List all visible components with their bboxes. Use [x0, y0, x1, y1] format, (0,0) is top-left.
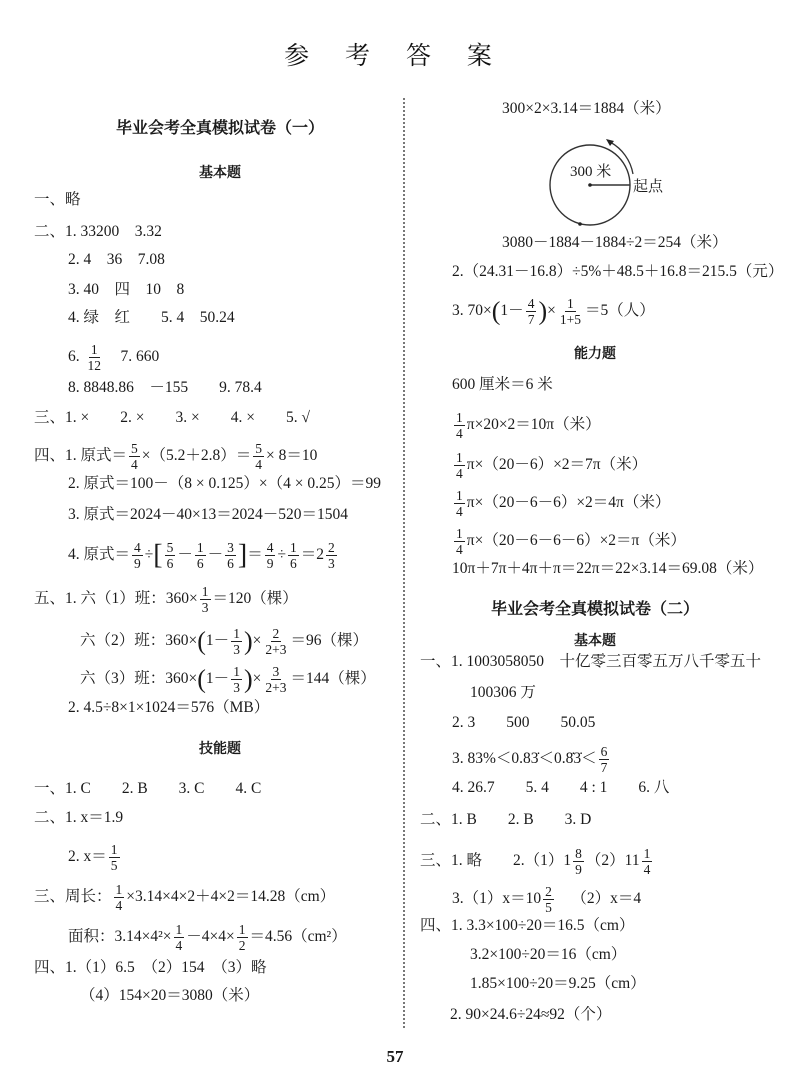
answer-line: 三、1. 略 2.（1）189（2）1114 — [420, 846, 654, 877]
answer-line: 2. 90×24.6÷24≈92（个） — [450, 1005, 611, 1025]
answer-line: 3. 83%＜0.83̇＜0.8̇3̇＜67 — [452, 744, 611, 775]
answer-line: 2. 3 500 50.05 — [452, 713, 595, 733]
answer-line: 三、周长：14×3.14×4×2＋4×2＝14.28（cm） — [34, 882, 335, 913]
answer-line: 3080－1884－1884÷2＝254（米） — [502, 233, 728, 253]
answer-line: 一、略 — [34, 190, 81, 210]
page-number: 57 — [0, 1047, 790, 1067]
answer-line: 14π×（20－6）×2＝7π（米） — [452, 450, 647, 481]
answer-line: 4. 原式＝49÷[56－16－36]＝49÷16＝223 — [68, 540, 339, 571]
radius-label: 300 米 — [570, 160, 611, 181]
answer-line: 六（2）班：360×(1－13)×22+3＝96（棵） — [80, 626, 368, 657]
answer-line: 2. 原式＝100－（8 × 0.125）×（4 × 0.25）＝99 — [68, 474, 381, 494]
answer-line: 二、1. B 2. B 3. D — [420, 810, 591, 830]
exam2-basic-title: 基本题 — [535, 630, 655, 650]
answer-line: 600 厘米＝6 米 — [452, 375, 553, 395]
column-divider — [403, 98, 405, 1028]
circle-track-diagram: 300 米 起点 — [540, 130, 680, 230]
answer-line: （4）154×20＝3080（米） — [80, 986, 259, 1006]
fraction: 54 — [129, 441, 140, 472]
answer-line: 二、1. 33200 3.32 — [34, 222, 162, 242]
fraction: 54 — [253, 441, 264, 472]
answer-line: 一、1. 1003058050 十亿零三百零五万八千零五十 — [420, 652, 761, 672]
skill-section-title: 技能题 — [160, 738, 280, 758]
answer-line: 2. 4.5÷8×1×1024＝576（MB） — [68, 698, 269, 718]
answer-line: 10π＋7π＋4π＋π＝22π＝22×3.14＝69.08（米） — [452, 559, 763, 579]
answer-line: 四、1. 3.3×100÷20＝16.5（cm） — [420, 916, 634, 936]
answer-line: 8. 8848.86 －155 9. 78.4 — [68, 378, 262, 398]
answer-line: 3. 40 四 10 8 — [68, 280, 184, 300]
ability-section-title: 能力题 — [535, 343, 655, 363]
answer-line: 面积：3.14×4²×14－4×4×12＝4.56（cm²） — [68, 922, 347, 953]
answer-line: 五、1. 六（1）班：360×13＝120（棵） — [34, 584, 298, 615]
answer-line: 14π×20×2＝10π（米） — [452, 410, 601, 441]
answer-line: 3.（1）x＝1025 （2）x＝4 — [452, 884, 641, 915]
answer-line: 四、1. 原式＝54×（5.2＋2.8）＝54× 8＝10 — [34, 441, 317, 472]
answer-line: 4. 26.7 5. 4 4 : 1 6. 八 — [452, 778, 669, 798]
page-title: 参 考 答 案 — [0, 36, 790, 72]
basic-section-title: 基本题 — [160, 162, 280, 182]
answer-line: 100306 万 — [470, 683, 536, 703]
answer-line: 六（3）班：360×(1－13)×32+3＝144（棵） — [80, 664, 376, 695]
answer-line: 二、1. x＝1.9 — [34, 808, 123, 828]
answer-line: 14π×（20－6－6－6）×2＝π（米） — [452, 526, 686, 557]
fraction: 112 — [86, 342, 104, 373]
answer-line: 四、1.（1）6.5 （2）154 （3）略 — [34, 958, 267, 978]
answer-line: 2.（24.31－16.8）÷5%＋48.5＋16.8＝215.5（元） — [452, 262, 783, 282]
answer-line: 3. 原式＝2024－40×13＝2024－520＝1504 — [68, 505, 348, 525]
exam2-title: 毕业会考全真模拟试卷（二） — [475, 596, 715, 619]
answer-line: 4. 绿 红 5. 4 50.24 — [68, 308, 235, 328]
answer-line: 14π×（20－6－6）×2＝4π（米） — [452, 488, 670, 519]
answer-line: 3. 70×(1－47)×11+5＝5（人） — [452, 296, 655, 327]
answer-line: 6. 112 7. 660 — [68, 342, 159, 373]
answer-line: 一、1. C 2. B 3. C 4. C — [34, 779, 261, 799]
answer-line: 2. x＝15 — [68, 842, 122, 873]
exam1-title: 毕业会考全真模拟试卷（一） — [100, 115, 340, 138]
start-point-label: 起点 — [633, 175, 663, 196]
answer-line: 三、1. × 2. × 3. × 4. × 5. √ — [34, 408, 310, 428]
answer-line: 3.2×100÷20＝16（cm） — [470, 945, 626, 965]
answer-line: 1.85×100÷20＝9.25（cm） — [470, 974, 646, 994]
answer-line: 2. 4 36 7.08 — [68, 250, 165, 270]
answer-line: 300×2×3.14＝1884（米） — [502, 99, 671, 119]
